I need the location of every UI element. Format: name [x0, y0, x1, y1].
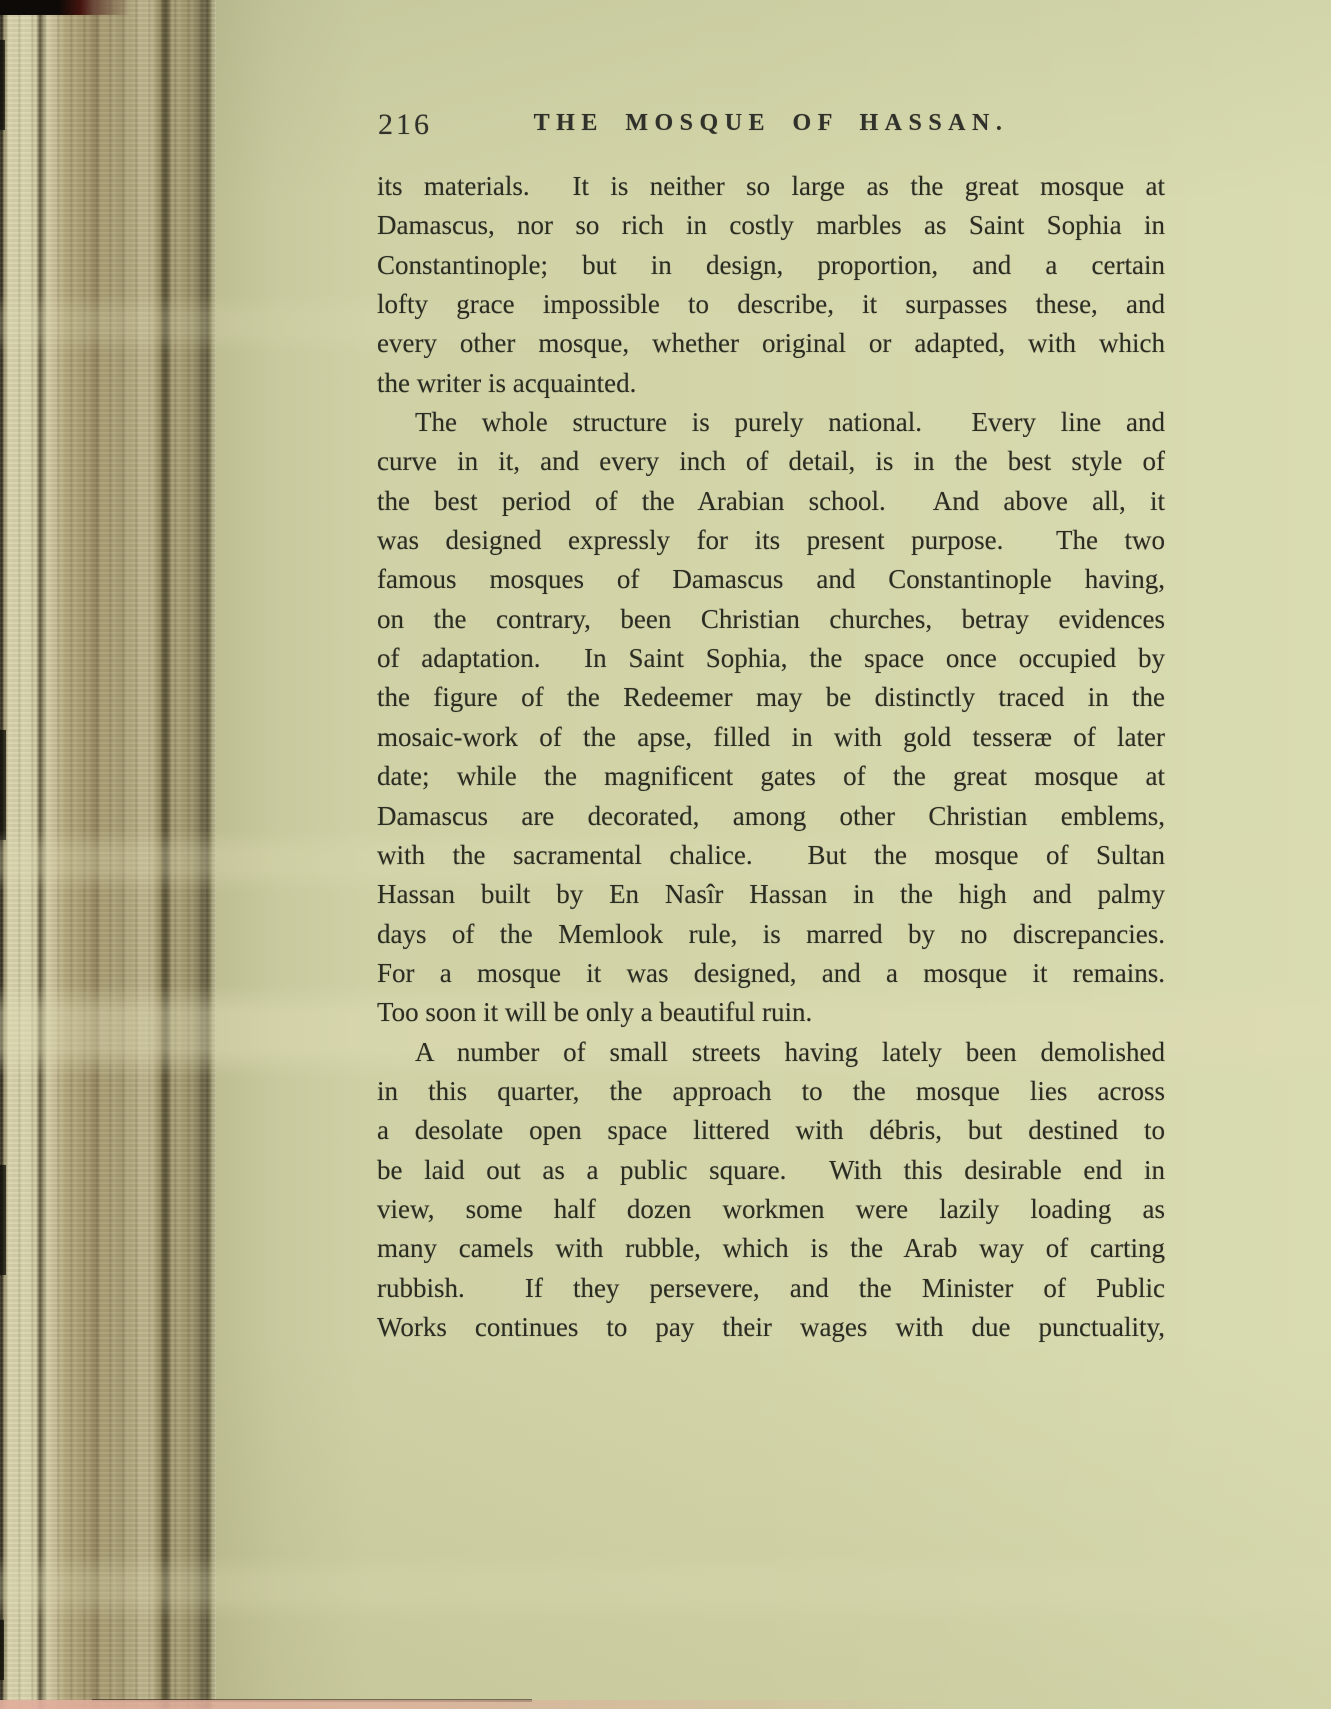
- text-line: many camels with rubble, which is the Ar…: [377, 1229, 1165, 1268]
- paragraph: its materials. It is neither so large as…: [377, 167, 1165, 403]
- text-line: Damascus, nor so rich in costly marbles …: [377, 206, 1165, 245]
- text-line: Damascus are decorated, among other Chri…: [377, 797, 1165, 836]
- text-line: days of the Memlook rule, is marred by n…: [377, 915, 1165, 954]
- text-line: in this quarter, the approach to the mos…: [377, 1072, 1165, 1111]
- text-line: its materials. It is neither so large as…: [377, 167, 1165, 206]
- text-line: Hassan built by En Nasîr Hassan in the h…: [377, 875, 1165, 914]
- text-line: with the sacramental chalice. But the mo…: [377, 836, 1165, 875]
- text-line: famous mosques of Damascus and Constanti…: [377, 560, 1165, 599]
- text-line: was designed expressly for its present p…: [377, 521, 1165, 560]
- page-edge-mark: [0, 1620, 4, 1680]
- text-line: Works continues to pay their wages with …: [377, 1308, 1165, 1347]
- text-line: Too soon it will be only a beautiful rui…: [377, 993, 1165, 1032]
- running-title: THE MOSQUE OF HASSAN.: [378, 110, 1164, 137]
- text-line: the figure of the Redeemer may be distin…: [377, 678, 1165, 717]
- text-line: on the contrary, been Christian churches…: [377, 600, 1165, 639]
- text-line: date; while the magnificent gates of the…: [377, 757, 1165, 796]
- text-line: a desolate open space littered with débr…: [377, 1111, 1165, 1150]
- text-line: mosaic-work of the apse, filled in with …: [377, 718, 1165, 757]
- page-header: 216 THE MOSQUE OF HASSAN.: [378, 106, 1164, 150]
- paragraph: A number of small streets having lately …: [377, 1033, 1165, 1348]
- page-edge-mark: [0, 730, 6, 840]
- text-line: every other mosque, whether original or …: [377, 324, 1165, 363]
- gutter-shadow: [216, 0, 366, 1709]
- binding-shadow: [0, 0, 130, 15]
- text-line: For a mosque it was designed, and a mosq…: [377, 954, 1165, 993]
- text-line: the best period of the Arabian school. A…: [377, 482, 1165, 521]
- text-line: curve in it, and every inch of detail, i…: [377, 442, 1165, 481]
- book-page-edges: [0, 0, 216, 1709]
- text-line: The whole structure is purely national. …: [377, 403, 1165, 442]
- page-edge-mark: [0, 1165, 6, 1275]
- text-line: lofty grace impossible to describe, it s…: [377, 285, 1165, 324]
- text-line: of adaptation. In Saint Sophia, the spac…: [377, 639, 1165, 678]
- text-line: the writer is acquainted.: [377, 364, 1165, 403]
- body-text: its materials. It is neither so large as…: [377, 167, 1165, 1347]
- text-line: Constantinople; but in design, proportio…: [377, 246, 1165, 285]
- scanned-book-photo: 216 THE MOSQUE OF HASSAN. its materials.…: [0, 0, 1331, 1709]
- text-line: rubbish. If they persevere, and the Mini…: [377, 1269, 1165, 1308]
- bottom-page-edge: [0, 1700, 960, 1709]
- text-line: be laid out as a public square. With thi…: [377, 1151, 1165, 1190]
- paragraph: The whole structure is purely national. …: [377, 403, 1165, 1033]
- page-edge-mark: [0, 40, 5, 130]
- text-line: A number of small streets having lately …: [377, 1033, 1165, 1072]
- text-line: view, some half dozen workmen were lazil…: [377, 1190, 1165, 1229]
